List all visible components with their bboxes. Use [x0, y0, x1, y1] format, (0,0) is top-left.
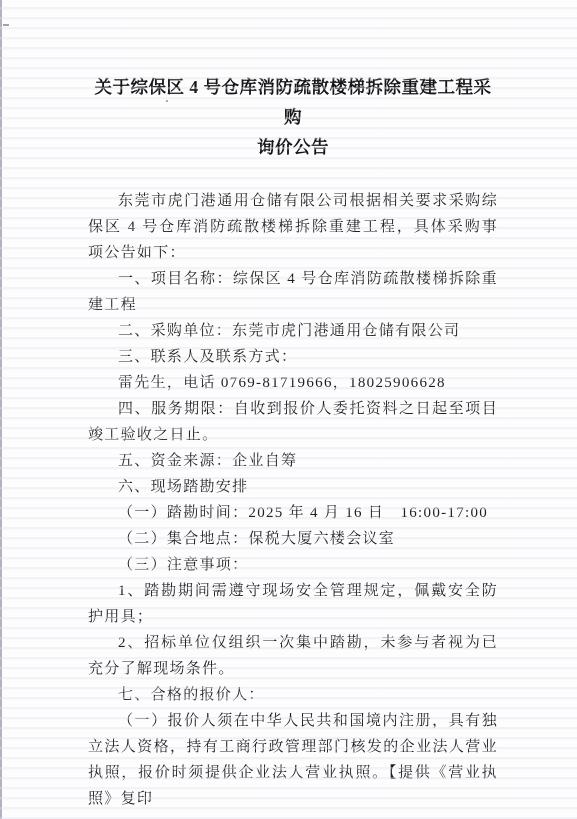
scanned-document-page: { "page": { "background_color": "#fdfdfe…	[0, 0, 577, 819]
paragraph-contact-phone: 雷先生，电话 0769-81719666，18025906628	[88, 370, 498, 396]
paragraph-project-name: 一、项目名称：综保区 4 号仓库消防疏散楼梯拆除重建工程	[88, 266, 498, 318]
title-line-2: 询价公告	[88, 132, 498, 162]
document-title: 关于综保区 4 号仓库消防疏散楼梯拆除重建工程采购 询价公告	[88, 72, 498, 162]
paragraph-contact-heading: 三、联系人及联系方式：	[88, 344, 498, 370]
paragraph-bidder-req-1: （一）报价人须在中华人民共和国境内注册，具有独立法人资格，持有工商行政管理部门核…	[88, 708, 498, 812]
paragraph-site-visit: 六、现场踏勘安排	[88, 474, 498, 500]
paragraph-note-2: 2、招标单位仅组织一次集中踏勘，未参与者视为已充分了解现场条件。	[88, 630, 498, 682]
paragraph-bidder-heading: 七、合格的报价人：	[88, 682, 498, 708]
paragraph-visit-time: （一）踏勘时间：2025 年 4 月 16 日 16:00-17:00	[88, 500, 498, 526]
paragraph-purchaser: 二、采购单位：东莞市虎门港通用仓储有限公司	[88, 318, 498, 344]
paragraph-note-1: 1、踏勘期间需遵守现场安全管理规定，佩戴安全防护用具；	[88, 578, 498, 630]
title-line-1: 关于综保区 4 号仓库消防疏散楼梯拆除重建工程采购	[88, 72, 498, 132]
paragraph-notes-heading: （三）注意事项：	[88, 552, 498, 578]
paragraph-service-period: 四、服务期限：自收到报价人委托资料之日起至项目竣工验收之日止。	[88, 396, 498, 448]
document-body: 东莞市虎门港通用仓储有限公司根据相关要求采购综保区 4 号仓库消防疏散楼梯拆除重…	[88, 188, 498, 812]
paragraph-intro: 东莞市虎门港通用仓储有限公司根据相关要求采购综保区 4 号仓库消防疏散楼梯拆除重…	[88, 188, 498, 266]
document-content: 关于综保区 4 号仓库消防疏散楼梯拆除重建工程采购 询价公告 东莞市虎门港通用仓…	[88, 72, 498, 812]
scan-edge-artifact	[0, 0, 2, 819]
scan-speck	[3, 24, 9, 26]
paragraph-funding-source: 五、资金来源：企业自筹	[88, 448, 498, 474]
paragraph-meeting-place: （二）集合地点：保税大厦六楼会议室	[88, 526, 498, 552]
